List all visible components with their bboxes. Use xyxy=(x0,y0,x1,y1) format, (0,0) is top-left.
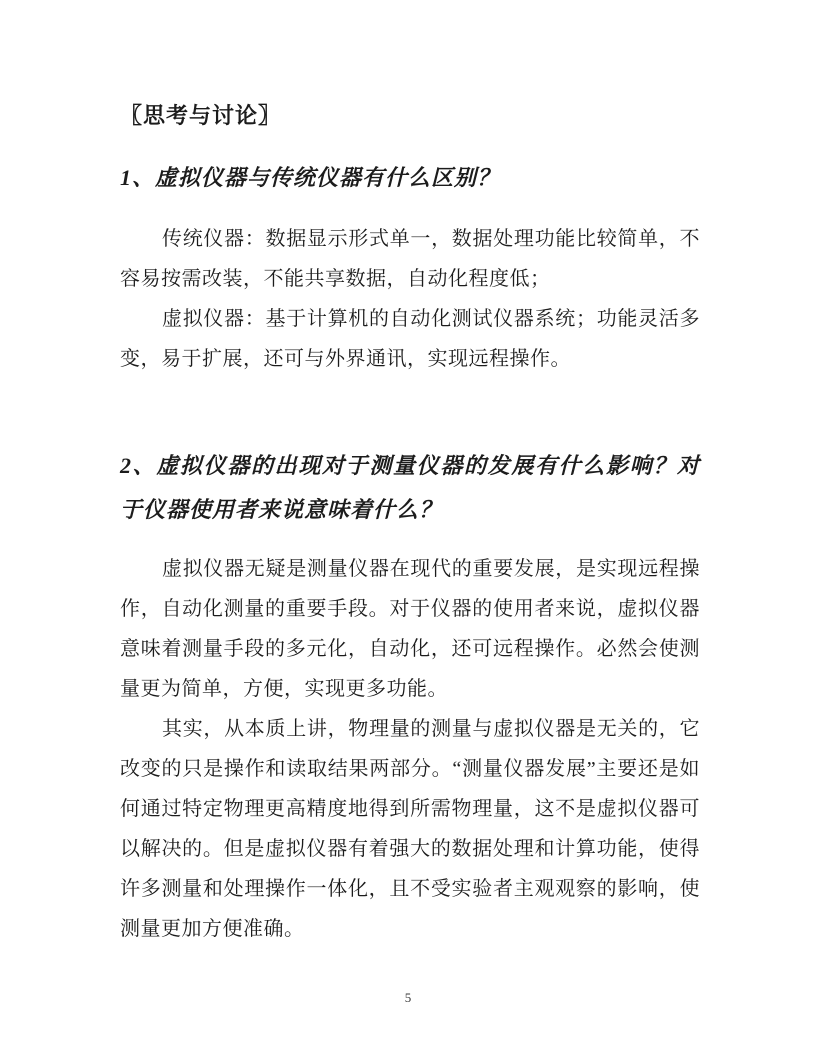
question-2-answer-paragraph-2: 其实，从本质上讲，物理量的测量与虚拟仪器是无关的，它改变的只是操作和读取结果两部… xyxy=(120,709,700,949)
question-2: 2、虚拟仪器的出现对于测量仪器的发展有什么影响？对于仪器使用者来说意味着什么？ xyxy=(120,444,700,532)
page-number: 5 xyxy=(0,990,816,1006)
document-page: 〖思考与讨论〗 1、虚拟仪器与传统仪器有什么区别？ 传统仪器：数据显示形式单一，… xyxy=(0,0,816,1056)
question-2-answer-paragraph-1: 虚拟仪器无疑是测量仪器在现代的重要发展，是实现远程操作，自动化测量的重要手段。对… xyxy=(120,549,700,709)
question-1-answer-paragraph-1: 传统仪器：数据显示形式单一，数据处理功能比较简单，不容易按需改装，不能共享数据，… xyxy=(120,219,700,299)
question-1: 1、虚拟仪器与传统仪器有什么区别？ xyxy=(120,156,700,200)
section-title: 〖思考与讨论〗 xyxy=(120,100,700,132)
question-1-answer-paragraph-2: 虚拟仪器：基于计算机的自动化测试仪器系统；功能灵活多变，易于扩展，还可与外界通讯… xyxy=(120,299,700,379)
